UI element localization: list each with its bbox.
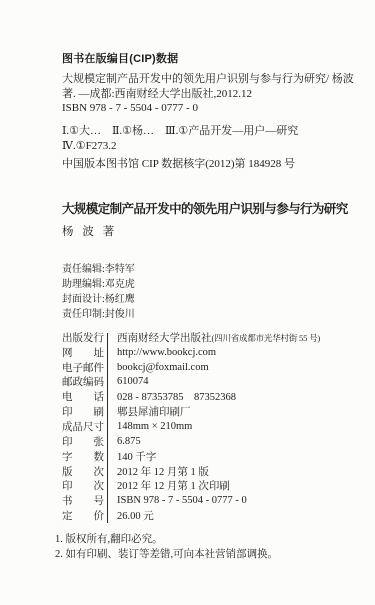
colophon-value: http://www.bookcj.com [117,347,216,358]
colophon-label: 邮政编码 [62,374,104,389]
classification-line: Ⅳ.①F273.2 [62,139,356,154]
colophon-value: 26.00 元 [117,508,154,523]
cip-classification: Ⅰ.①大… Ⅱ.①杨… Ⅲ.①产品开发—用户—研究 Ⅳ.①F273.2 [62,124,356,153]
staff-credits: 责任编辑:李特军 助理编辑:邓克虎 封面设计:杨红鹰 责任印制:封俊川 [62,262,135,322]
cip-entry-isbn: ISBN 978 - 7 - 5504 - 0777 - 0 [62,101,356,116]
colophon-value: ISBN 978 - 7 - 5504 - 0777 - 0 [117,495,247,506]
staff-line-chief-editor: 责任编辑:李特军 [62,262,135,277]
colophon-value: 6.875 [117,436,141,447]
colophon-value: 028 - 87353785 87352368 [117,389,236,404]
note-copyright: 1. 版权所有,翻印必究。 [55,532,278,547]
colophon-label: 版次 [62,464,104,479]
colophon-value: 西南财经大学出版社(四川省成都市光华村街 55 号) [117,330,320,345]
colophon-value: 2012 年 12 月第 1 次印刷 [117,478,230,493]
colophon-label: 书号 [62,493,104,508]
colophon-label: 字数 [62,449,104,464]
colophon-value: 2012 年 12 月第 1 版 [117,464,209,479]
publisher-name: 西南财经大学出版社 [117,333,212,344]
colophon-label: 定价 [62,508,104,523]
cip-record-number: 中国版本图书馆 CIP 数据核字(2012)第 184928 号 [62,155,295,171]
colophon-label: 电话 [62,389,104,404]
cip-entry-line: 著. —成都:西南财经大学出版社,2012.12 [62,87,356,102]
colophon-label: 印次 [62,478,104,493]
staff-line-cover-designer: 封面设计:杨红鹰 [62,292,135,307]
colophon-label: 网址 [62,345,104,360]
colophon-label: 成品尺寸 [62,419,104,434]
colophon-value: 郫县犀浦印刷厂 [117,404,191,419]
colophon-label: 印刷 [62,404,104,419]
colophon-value: 140 千字 [117,449,156,464]
staff-line-assistant-editor: 助理编辑:邓克虎 [62,277,135,292]
colophon-label: 电子邮件 [62,360,104,375]
cip-header: 图书在版编目(CIP)数据 [62,50,178,66]
author-byline: 杨 波 著 [62,223,114,239]
cip-entry-line: 大规模定制产品开发中的领先用户识别与参与行为研究/ 杨波 [62,72,356,87]
cip-entry: 大规模定制产品开发中的领先用户识别与参与行为研究/ 杨波 著. —成都:西南财经… [62,72,356,116]
legal-notes: 1. 版权所有,翻印必究。 2. 如有印刷、装订等差错,可向本社营销部调换。 [55,532,278,562]
book-title: 大规模定制产品开发中的领先用户识别与参与行为研究 [62,199,348,217]
colophon-value: 610074 [117,376,149,387]
colophon-divider-line [107,333,108,523]
colophon-label: 出版发行 [62,330,104,345]
colophon-value: 148mm × 210mm [117,421,192,432]
staff-line-print-supervisor: 责任印制:封俊川 [62,307,135,322]
copyright-page: 图书在版编目(CIP)数据 大规模定制产品开发中的领先用户识别与参与行为研究/ … [0,0,375,605]
note-exchange: 2. 如有印刷、装订等差错,可向本社营销部调换。 [55,547,278,562]
colophon-value: bookcj@foxmail.com [117,362,209,373]
colophon-label: 印张 [62,434,104,449]
publisher-address: (四川省成都市光华村街 55 号) [212,333,321,343]
classification-line: Ⅰ.①大… Ⅱ.①杨… Ⅲ.①产品开发—用户—研究 [62,124,356,139]
